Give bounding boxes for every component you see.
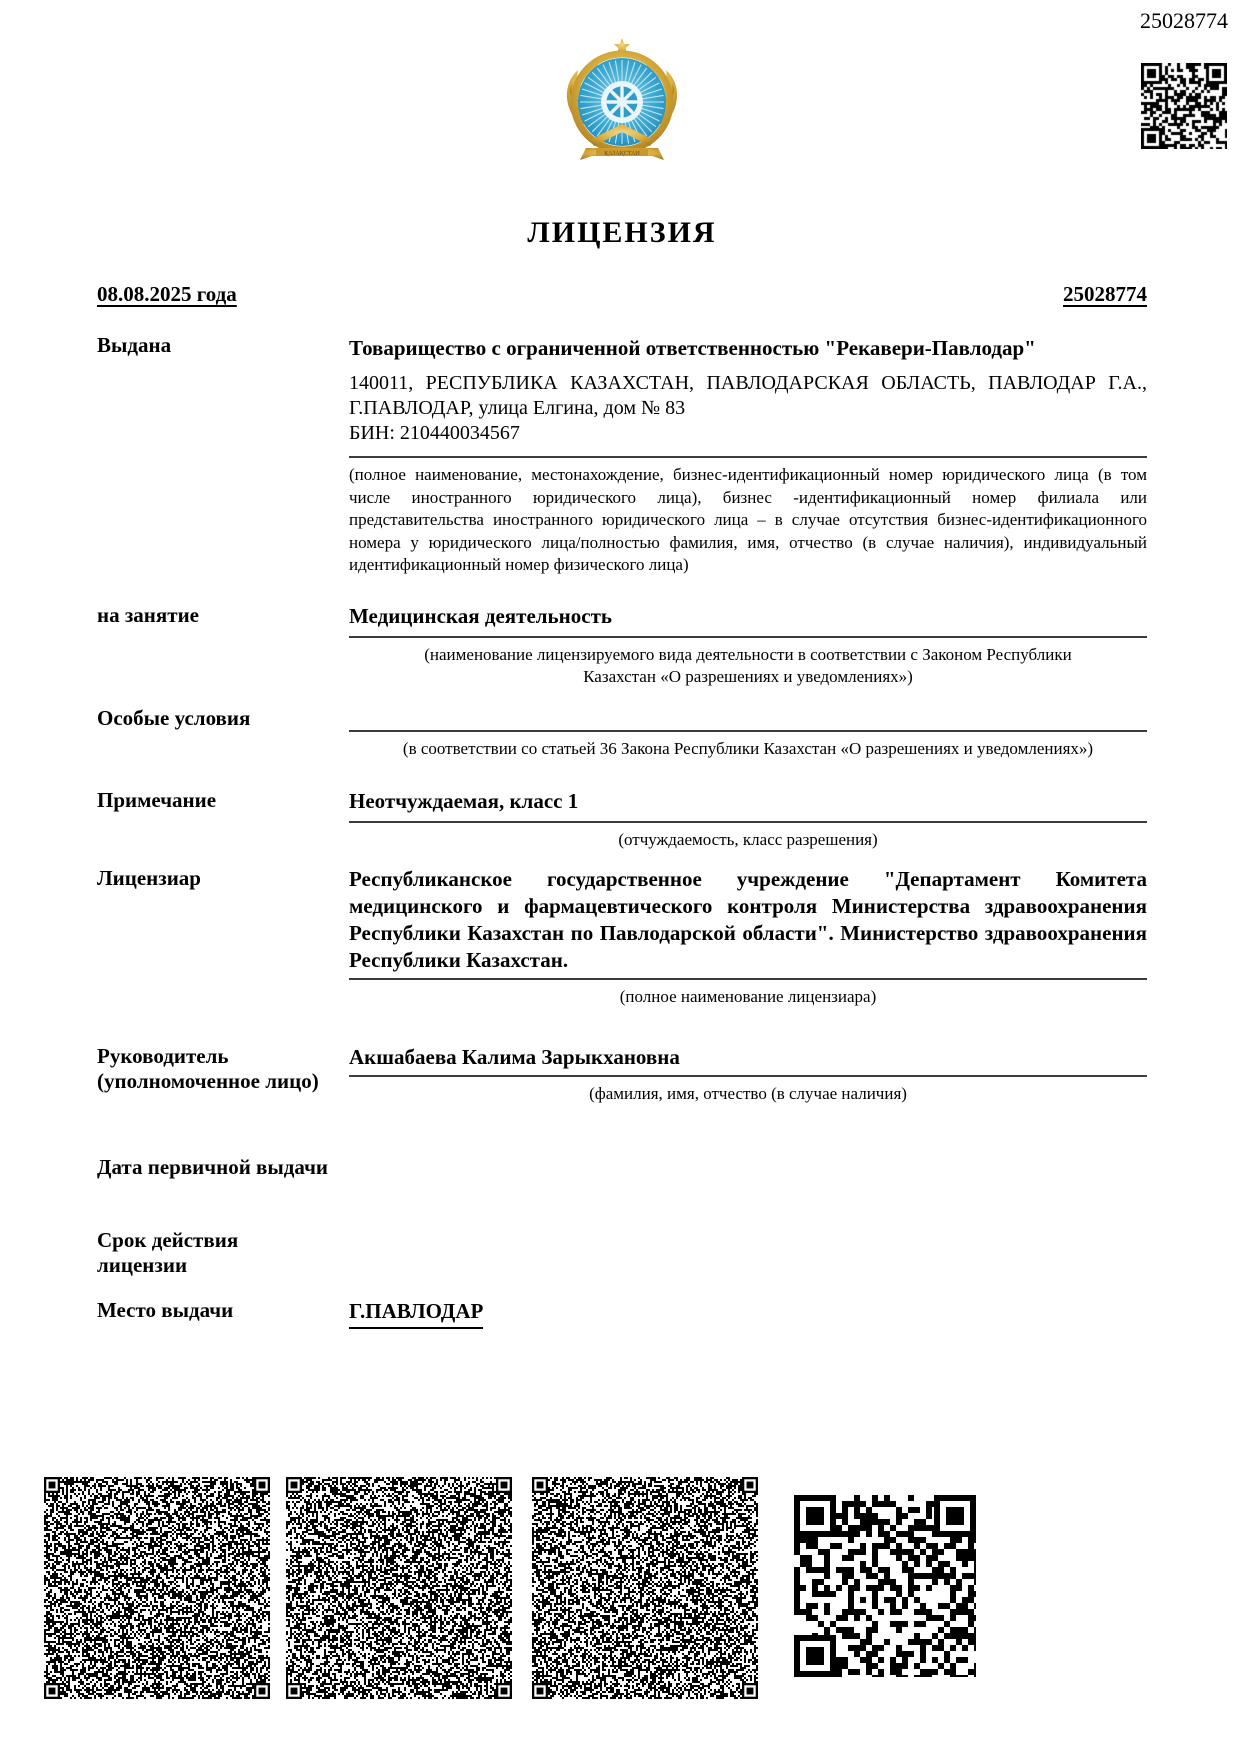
svg-text:ҚАЗАҚСТАН: ҚАЗАҚСТАН	[604, 151, 640, 157]
licensee-bin: БИН: 210440034567	[349, 421, 1147, 446]
head-label-line2: (уполномоченное лицо)	[97, 1069, 319, 1093]
barcode-strip-1	[44, 1477, 270, 1699]
licensee-address: 140011, РЕСПУБЛИКА КАЗАХСТАН, ПАВЛОДАРСК…	[349, 371, 1147, 421]
field-issued-to: Выдана Товарищество с ограниченной ответ…	[97, 333, 1147, 577]
field-head: Руководитель (уполномоченное лицо) Акшаб…	[97, 1044, 1147, 1105]
license-number: 25028774	[1063, 281, 1147, 307]
issue-place-value: Г.ПАВЛОДАР	[349, 1298, 483, 1329]
field-label: Место выдачи	[97, 1298, 349, 1329]
licensor-value: Республиканское государственное учрежден…	[349, 866, 1147, 974]
note-value: Неотчуждаемая, класс 1	[349, 788, 1147, 815]
field-label: Особые условия	[97, 706, 349, 760]
activity-value: Медицинская деятельность	[349, 603, 1147, 630]
divider	[349, 456, 1147, 458]
special-conditions-value	[349, 706, 1147, 730]
field-caption: (полное наименование лицензиара)	[391, 986, 1105, 1008]
field-label: Дата первичной выдачи	[97, 1155, 349, 1180]
field-first-issue-date: Дата первичной выдачи	[97, 1155, 1147, 1180]
field-activity: на занятие Медицинская деятельность (наи…	[97, 603, 1147, 688]
issue-date: 08.08.2025 года	[97, 281, 237, 307]
field-caption: (наименование лицензируемого вида деятел…	[391, 644, 1105, 688]
field-label: на занятие	[97, 603, 349, 688]
field-caption: (полное наименование, местонахождение, б…	[349, 464, 1147, 577]
kazakhstan-coat-of-arms-icon: ҚАЗАҚСТАН	[556, 36, 688, 172]
qr-code-icon	[1141, 63, 1227, 149]
head-value: Акшабаева Калима Зарыкхановна	[349, 1044, 1147, 1071]
field-label: Срок действия лицензии	[97, 1228, 349, 1278]
field-licensor: Лицензиар Республиканское государственно…	[97, 866, 1147, 1008]
field-caption: (отчуждаемость, класс разрешения)	[391, 829, 1105, 851]
document-body: ЛИЦЕНЗИЯ 08.08.2025 года 25028774 Выдана…	[97, 215, 1147, 1329]
date-number-row: 08.08.2025 года 25028774	[97, 281, 1147, 307]
field-label: Руководитель (уполномоченное лицо)	[97, 1044, 349, 1105]
field-special-conditions: Особые условия (в соответствии со статье…	[97, 706, 1147, 760]
document-number-top: 25028774	[1140, 8, 1228, 34]
qr-code-icon	[794, 1495, 976, 1677]
divider	[349, 636, 1147, 638]
field-validity: Срок действия лицензии	[97, 1228, 1147, 1278]
validity-label: Срок действия лицензии	[97, 1228, 272, 1278]
divider	[349, 730, 1147, 732]
field-label: Примечание	[97, 788, 349, 851]
field-caption: (фамилия, имя, отчество (в случае наличи…	[391, 1083, 1105, 1105]
barcode-strip-3	[532, 1477, 758, 1699]
field-caption: (в соответствии со статьей 36 Закона Рес…	[391, 738, 1105, 760]
page-title: ЛИЦЕНЗИЯ	[97, 215, 1147, 251]
license-document-page: 25028774 ҚАЗАҚС	[0, 0, 1241, 1754]
licensee-name: Товарищество с ограниченной ответственно…	[349, 333, 1147, 363]
divider	[349, 821, 1147, 823]
field-note: Примечание Неотчуждаемая, класс 1 (отчуж…	[97, 788, 1147, 851]
divider	[349, 1075, 1147, 1077]
barcode-strip-2	[286, 1477, 512, 1699]
head-label-line1: Руководитель	[97, 1044, 228, 1068]
field-label: Выдана	[97, 333, 349, 577]
divider	[349, 978, 1147, 980]
field-label: Лицензиар	[97, 866, 349, 1008]
field-issue-place: Место выдачи Г.ПАВЛОДАР	[97, 1298, 1147, 1329]
